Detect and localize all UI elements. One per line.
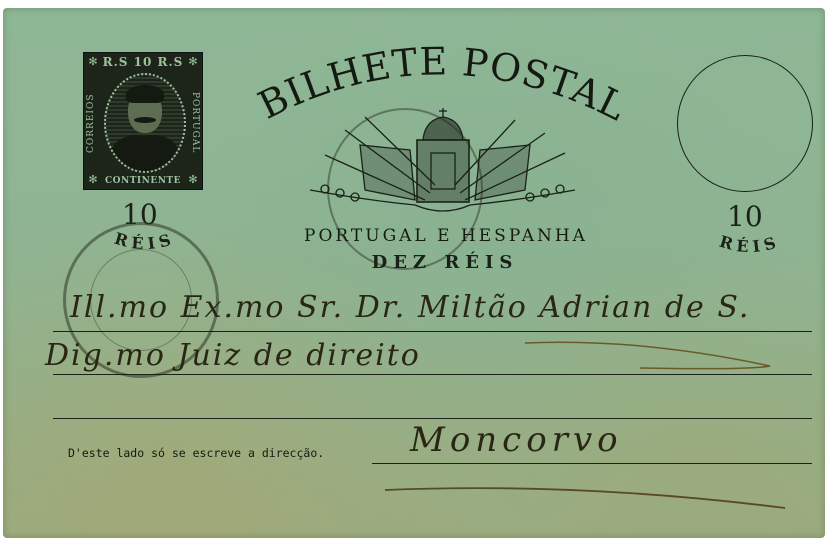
stamp-value-label: R.S 10 R.S bbox=[84, 55, 202, 69]
handwritten-flourish-2 bbox=[520, 338, 820, 388]
coat-of-arms-icon bbox=[305, 105, 585, 225]
handwritten-address-line-4: Moncorvo bbox=[410, 420, 623, 460]
stamp-bottom-label: CONTINENTE bbox=[84, 176, 202, 186]
instruction-text: D'este lado só se escreve a direcção. bbox=[68, 446, 324, 460]
address-line-4 bbox=[372, 463, 812, 464]
card-subtitle: PORTUGAL E HESPANHA bbox=[228, 226, 664, 246]
svg-text:RÉIS: RÉIS bbox=[717, 232, 782, 257]
ornament-icon: ✻ bbox=[186, 55, 200, 69]
stamp-placement-circle bbox=[677, 55, 813, 192]
value-text: DEZ RÉIS bbox=[300, 252, 590, 273]
stamp-portrait bbox=[104, 73, 186, 173]
handwritten-flourish bbox=[380, 480, 800, 520]
stamp-left-label: CORREIOS bbox=[86, 73, 100, 173]
ornament-icon: ✻ bbox=[86, 55, 100, 69]
handwritten-address-line-1: Ill.mo Ex.mo Sr. Dr. Miltão Adrian de S. bbox=[70, 290, 750, 325]
portrait-moustache bbox=[134, 117, 156, 123]
address-line-1 bbox=[53, 331, 812, 332]
reis-label-right: RÉIS bbox=[695, 228, 805, 268]
portrait-body bbox=[112, 135, 178, 173]
stamp-right-label: PORTUGAL bbox=[186, 73, 200, 173]
postage-stamp: R.S 10 R.S CORREIOS PORTUGAL ✻ ✻ ✻ ✻ CON… bbox=[83, 52, 203, 190]
portrait-hair bbox=[126, 85, 164, 103]
handwritten-address-line-2: Dig.mo Juiz de direito bbox=[45, 338, 421, 373]
